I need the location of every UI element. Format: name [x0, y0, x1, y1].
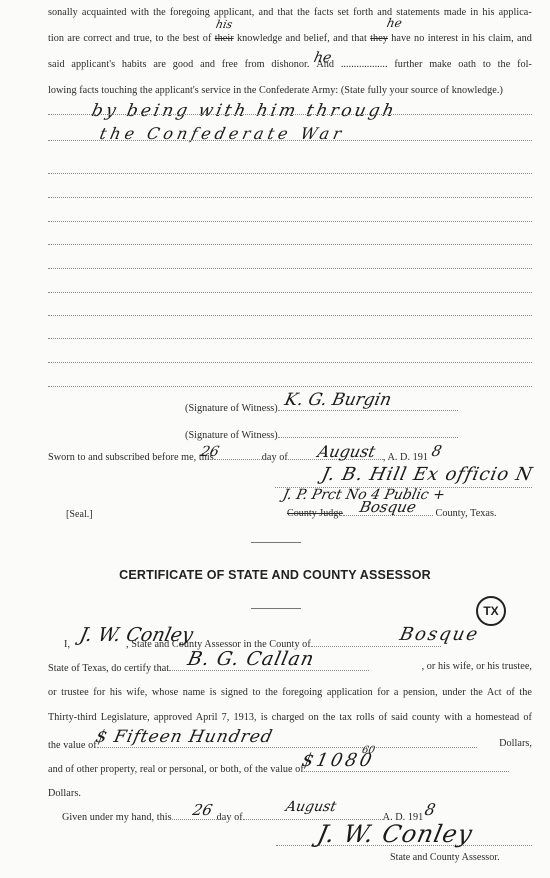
handwritten-he-2: he [312, 50, 333, 66]
assessor-title: State and County Assessor. [390, 851, 532, 865]
cert-line-3: or trustee for his wife, whose name is s… [48, 686, 532, 700]
witness-2-label: (Signature of Witness) [185, 430, 278, 441]
word: and [200, 58, 215, 72]
word: acquainted [82, 6, 127, 20]
word: with [131, 6, 149, 20]
witness-1-signature: K. G. Burgin [283, 390, 393, 410]
word: the [167, 32, 180, 46]
word: his [482, 6, 494, 20]
word: good [173, 58, 194, 72]
word: and [333, 32, 348, 46]
blank-answer-line [48, 362, 532, 363]
sworn-ad: , A. D. 191 [383, 452, 428, 463]
affidavit-line-2: tionarecorrectandtrue,tothebestoftheirkn… [48, 32, 532, 46]
word: the [498, 58, 511, 72]
word: and [115, 32, 130, 46]
cert-line5-prefix: the value of [48, 740, 97, 751]
assessor-name: J. W. Conley [78, 624, 195, 646]
word: sonally [48, 6, 78, 20]
blank-answer-line [48, 338, 532, 339]
word: in [470, 6, 478, 20]
word: to [483, 58, 491, 72]
word: that [278, 6, 293, 20]
other-property-cents: 60 [361, 745, 376, 756]
sworn-day: 26 [199, 444, 220, 460]
word: to [156, 32, 164, 46]
handwritten-he-1: he [386, 16, 404, 30]
word: make [429, 58, 451, 72]
word: are [153, 58, 166, 72]
blank-answer-line [48, 292, 532, 293]
cert-line2-suffix: , or his wife, or his trustee, [422, 660, 532, 676]
word: forth [353, 6, 373, 20]
word: said [48, 58, 65, 72]
sworn-day-of: day of [262, 452, 288, 463]
word: foregoing [170, 6, 210, 20]
affidavit-line-4: lowing facts touching the applicant's se… [48, 84, 532, 98]
blank-answer-line [48, 315, 532, 316]
word: oath [458, 58, 476, 72]
cert-line5-suffix: Dollars, [499, 737, 532, 753]
assessor-signature: J. W. Conley [315, 820, 475, 848]
handwritten-statement-line-1: by being with him through [90, 101, 399, 121]
word: fol- [517, 58, 532, 72]
word: no [414, 32, 424, 46]
blank-answer-line [48, 221, 532, 222]
word: that [351, 32, 366, 46]
tx-stamp: TX [476, 596, 506, 626]
witness-1-label: (Signature of Witness) [185, 403, 278, 414]
word: facts [314, 6, 333, 20]
section-divider [251, 542, 301, 543]
sworn-month: August [316, 442, 377, 461]
word: his [473, 32, 485, 46]
certificate-heading: CERTIFICATE OF STATE AND COUNTY ASSESSOR [0, 568, 550, 582]
applicant-name: B. G. Callan [186, 648, 317, 670]
blank-answer-line [48, 386, 532, 387]
given-day-of: day of [217, 812, 243, 823]
word: set [337, 6, 348, 20]
word: true, [134, 32, 153, 46]
blank-answer-line [48, 114, 532, 115]
given-month: August [284, 799, 337, 815]
blank-answer-line [48, 173, 532, 174]
given-prefix: Given under my hand, this [62, 812, 172, 823]
cert-line6-prefix: and of other property, real or personal,… [48, 764, 304, 775]
blank-answer-line [48, 244, 532, 245]
sworn-prefix: Sworn to and subscribed before me, this [48, 452, 214, 463]
cert-line-6: and of other property, real or personal,… [48, 761, 532, 777]
word: from [245, 58, 265, 72]
witness-2-row: (Signature of Witness) [185, 427, 532, 443]
cert-line-4: Thirty-third Legislature, approved April… [48, 711, 532, 725]
official-signature: J. B. Hill Ex officio N [320, 464, 535, 485]
homestead-value: $ Fifteen Hundred [94, 727, 275, 747]
county-name: Bosque [398, 624, 482, 645]
word: claim, [488, 32, 513, 46]
word: best [183, 32, 200, 46]
word: interest [428, 32, 458, 46]
affidavit-line-3: saidapplicant'shabitsaregoodandfreefromd… [48, 58, 532, 72]
word: in [461, 32, 469, 46]
cert-i: I, [64, 639, 70, 650]
word: further [394, 58, 422, 72]
sworn-row: Sworn to and subscribed before me, thisd… [48, 449, 532, 465]
word: the [153, 6, 166, 20]
cert-line2-prefix: State of Texas, do certify that [48, 663, 169, 674]
word: of [203, 32, 212, 46]
handwritten-his: his [215, 18, 234, 31]
blank-answer-line [48, 268, 532, 269]
word: they [370, 32, 388, 46]
word: made [444, 6, 466, 20]
word: applica- [499, 6, 532, 20]
pension-application-page: sonallyacquaintedwiththeforegoingapplica… [0, 0, 550, 878]
given-day: 26 [191, 801, 214, 819]
affidavit-line-1: sonallyacquaintedwiththeforegoingapplica… [48, 6, 532, 20]
word: and [259, 6, 274, 20]
word: free [222, 58, 238, 72]
word: are [67, 32, 80, 46]
word: applicant's [71, 58, 115, 72]
word: .................. [341, 58, 388, 72]
word: correct [83, 32, 112, 46]
word: habits [122, 58, 147, 72]
word: their [215, 32, 234, 46]
word: and [286, 32, 301, 46]
heading-underline [251, 608, 301, 609]
word: belief, [304, 32, 330, 46]
seal-label: [Seal.] [66, 508, 532, 522]
blank-answer-line [48, 197, 532, 198]
word: dishonor. [271, 58, 309, 72]
blank-answer-line [48, 140, 532, 141]
word: the [297, 6, 310, 20]
word: and [517, 32, 532, 46]
word: tion [48, 32, 64, 46]
word: have [391, 32, 410, 46]
word: knowledge [237, 32, 282, 46]
